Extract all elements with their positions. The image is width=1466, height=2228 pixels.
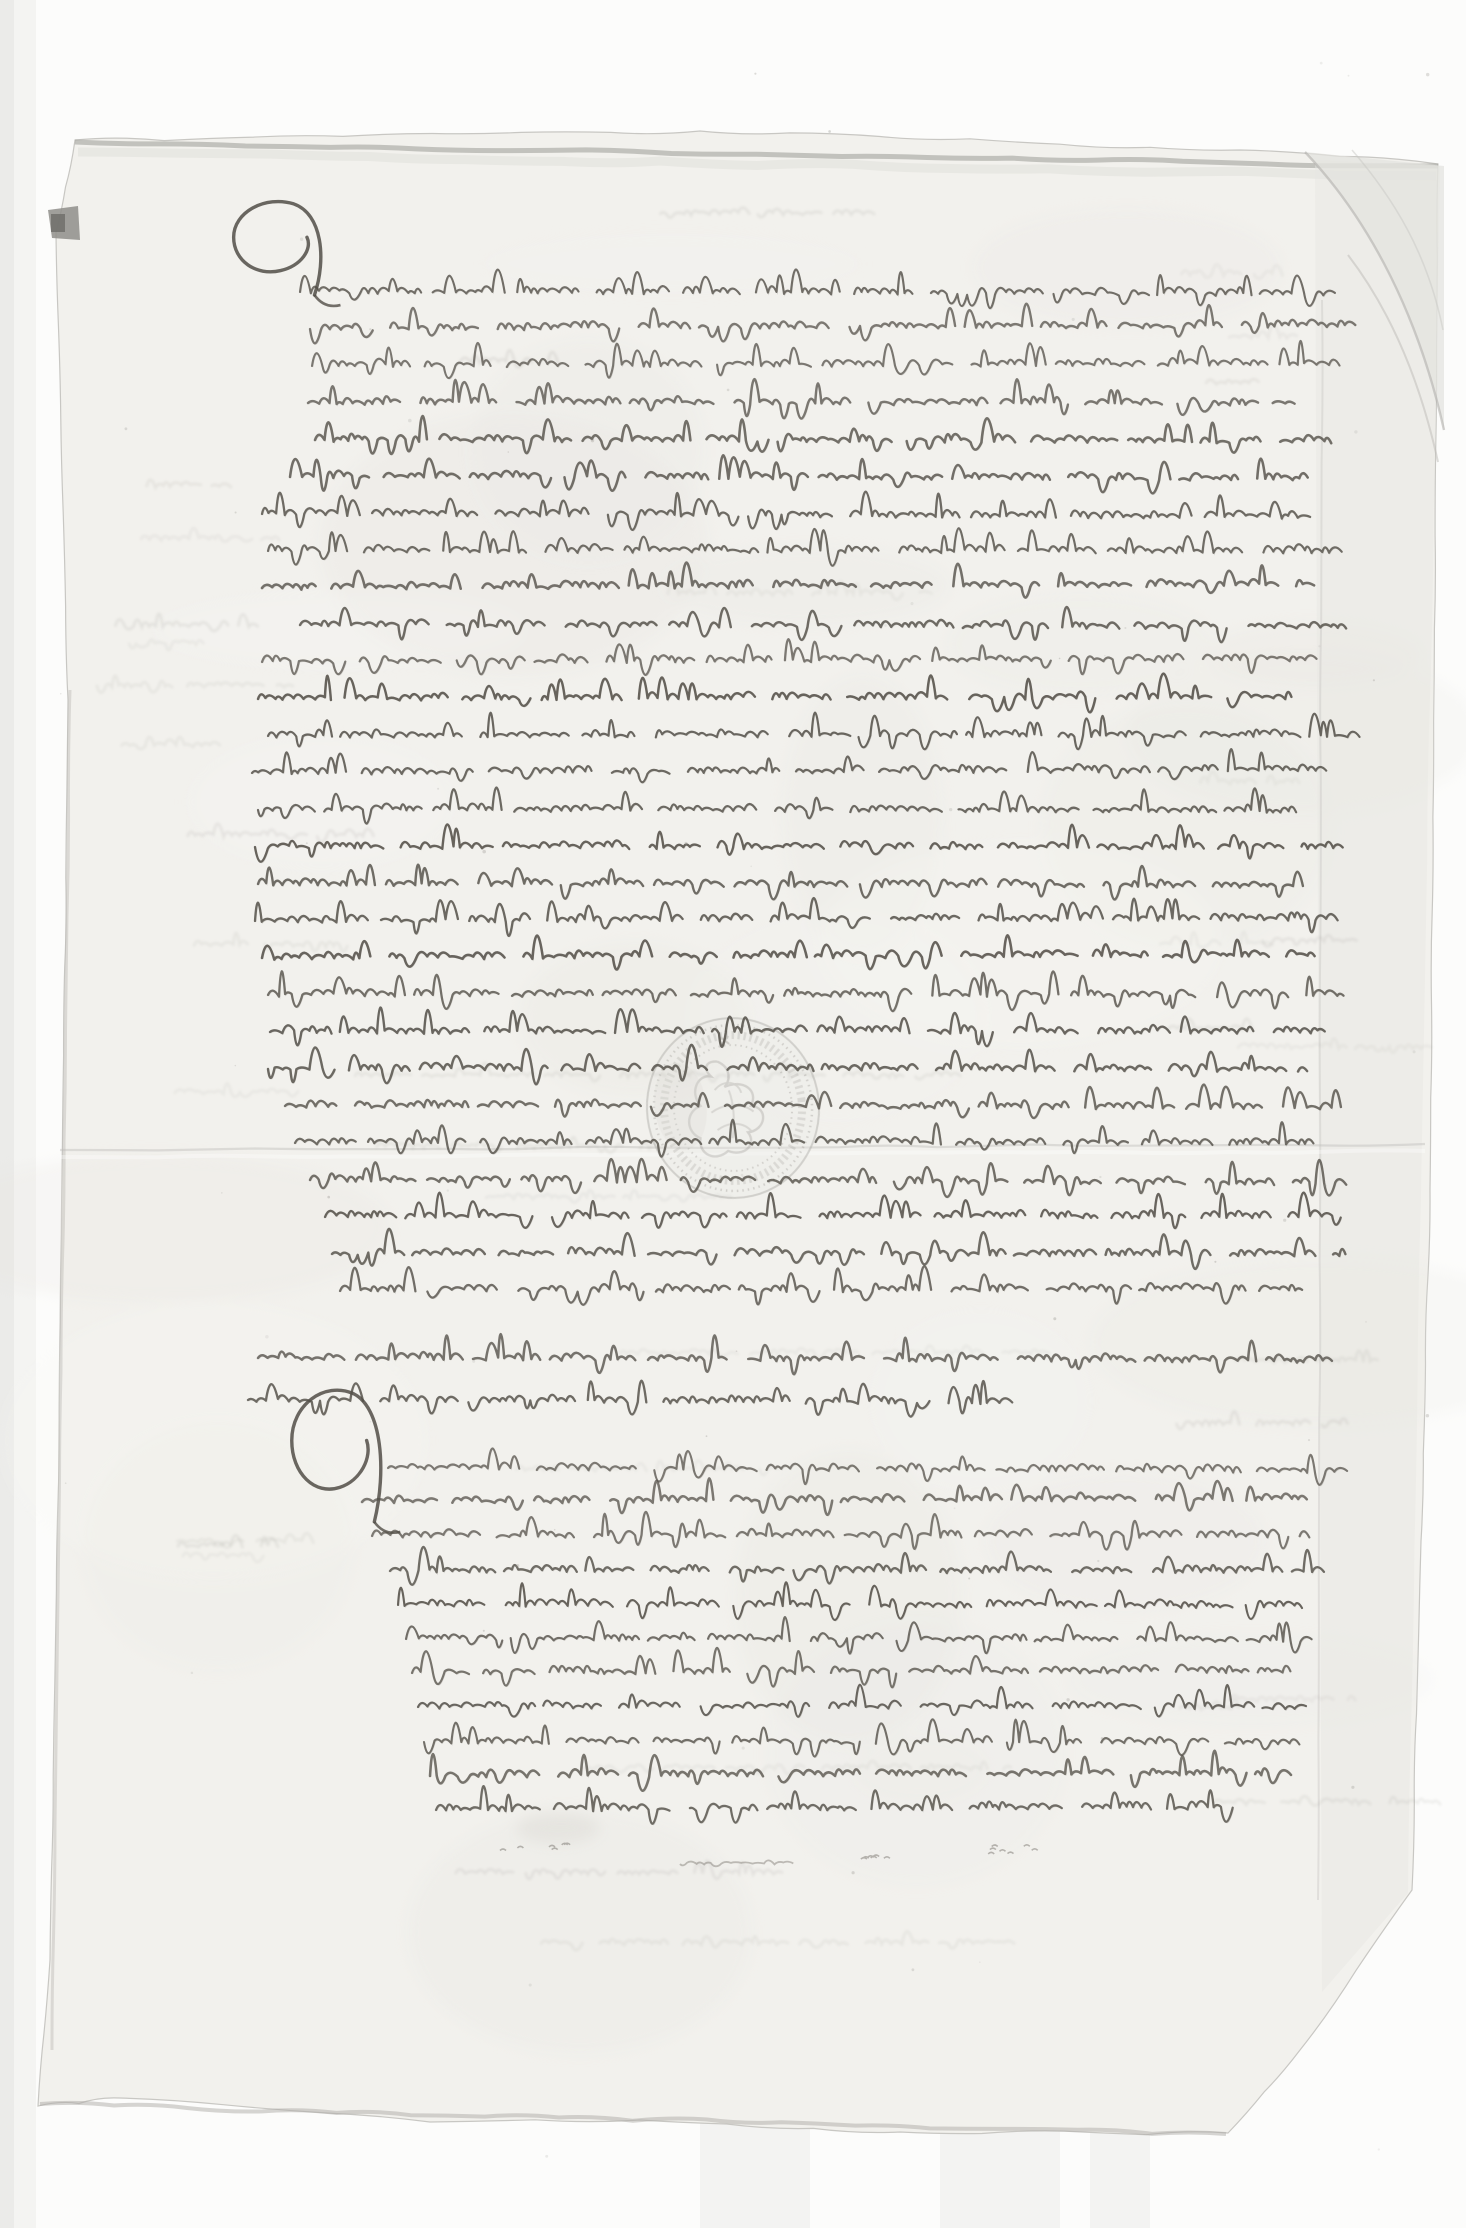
dust-speck [1101,1737,1103,1739]
dust-speck [447,1189,449,1191]
dust-speck [910,602,913,605]
dust-speck [60,693,61,694]
dust-speck [125,427,128,430]
dust-speck [968,1578,970,1580]
dust-speck [1053,1317,1056,1320]
paper-mottle [482,233,862,294]
dust-speck [65,1482,67,1484]
dust-speck [1104,655,1106,657]
dust-speck [1059,658,1061,660]
dust-speck [1348,75,1350,77]
scanned-manuscript-photo [0,0,1466,2228]
scanner-band [1090,2120,1150,2228]
dust-speck [300,238,303,241]
dust-speck [736,1350,738,1352]
paper-mottle [409,1811,750,2052]
dust-speck [529,1983,532,1986]
paper-mottle [189,735,454,870]
dust-speck [1099,1176,1101,1178]
dust-speck [1072,318,1075,321]
dust-speck [221,1192,223,1194]
manuscript-svg [0,0,1466,2228]
dust-speck [852,1871,855,1874]
dust-speck [1066,1698,1069,1701]
dust-speck [979,1961,981,1963]
dust-speck [971,1142,973,1144]
dust-speck [1354,430,1357,433]
dust-speck [1378,2148,1380,2150]
dust-speck [949,808,952,811]
dust-speck [483,1630,485,1632]
dust-speck [235,511,237,513]
dust-speck [1426,1414,1429,1417]
dust-speck [1097,1560,1099,1562]
dust-speck [884,624,887,627]
dust-speck [408,419,412,423]
paper-mottle [975,210,1281,325]
paper-mottle [473,340,704,560]
dust-speck [437,788,439,790]
scanner-band [940,2120,1060,2228]
dust-speck [858,1354,860,1356]
dust-speck [235,1065,236,1066]
left-edge-tab-core [51,214,65,232]
dust-speck [545,2155,548,2158]
dust-speck [750,865,752,867]
dust-speck [516,1564,519,1567]
dust-speck [1320,62,1323,65]
dust-speck [1283,1219,1286,1222]
dust-speck [554,1529,556,1531]
dust-speck [1308,1439,1310,1441]
dust-speck [754,73,756,75]
dust-speck [1318,645,1320,647]
dust-speck [742,1747,745,1750]
dust-speck [1324,1184,1327,1187]
dust-speck [954,1507,956,1509]
dust-speck [1365,1321,1367,1323]
paper-smudge [516,1812,600,1844]
scanner-left-strip-soft [14,0,36,2228]
dust-speck [912,1968,915,1971]
dust-speck [828,130,831,133]
dust-speck [1426,73,1429,76]
dust-speck [369,328,371,330]
dust-speck [1413,1050,1416,1053]
dust-speck [508,451,510,453]
dust-speck [482,850,486,854]
dust-speck [306,842,308,844]
dust-speck [1373,679,1375,681]
dust-speck [191,1672,194,1675]
dust-speck [327,1196,330,1199]
scanner-left-strip [0,0,14,2228]
scanner-band [700,2120,810,2228]
dust-speck [727,389,730,392]
dust-speck [1351,1786,1354,1789]
dust-speck [822,401,824,403]
dust-speck [472,1360,475,1363]
dust-speck [741,1174,744,1177]
dust-speck [684,842,687,845]
dust-speck [265,1335,269,1339]
dust-speck [1088,476,1089,477]
dust-speck [1124,627,1126,629]
dust-speck [370,1421,372,1423]
dust-speck [1214,1261,1216,1263]
dust-speck [706,1435,708,1437]
dust-speck [591,439,594,442]
